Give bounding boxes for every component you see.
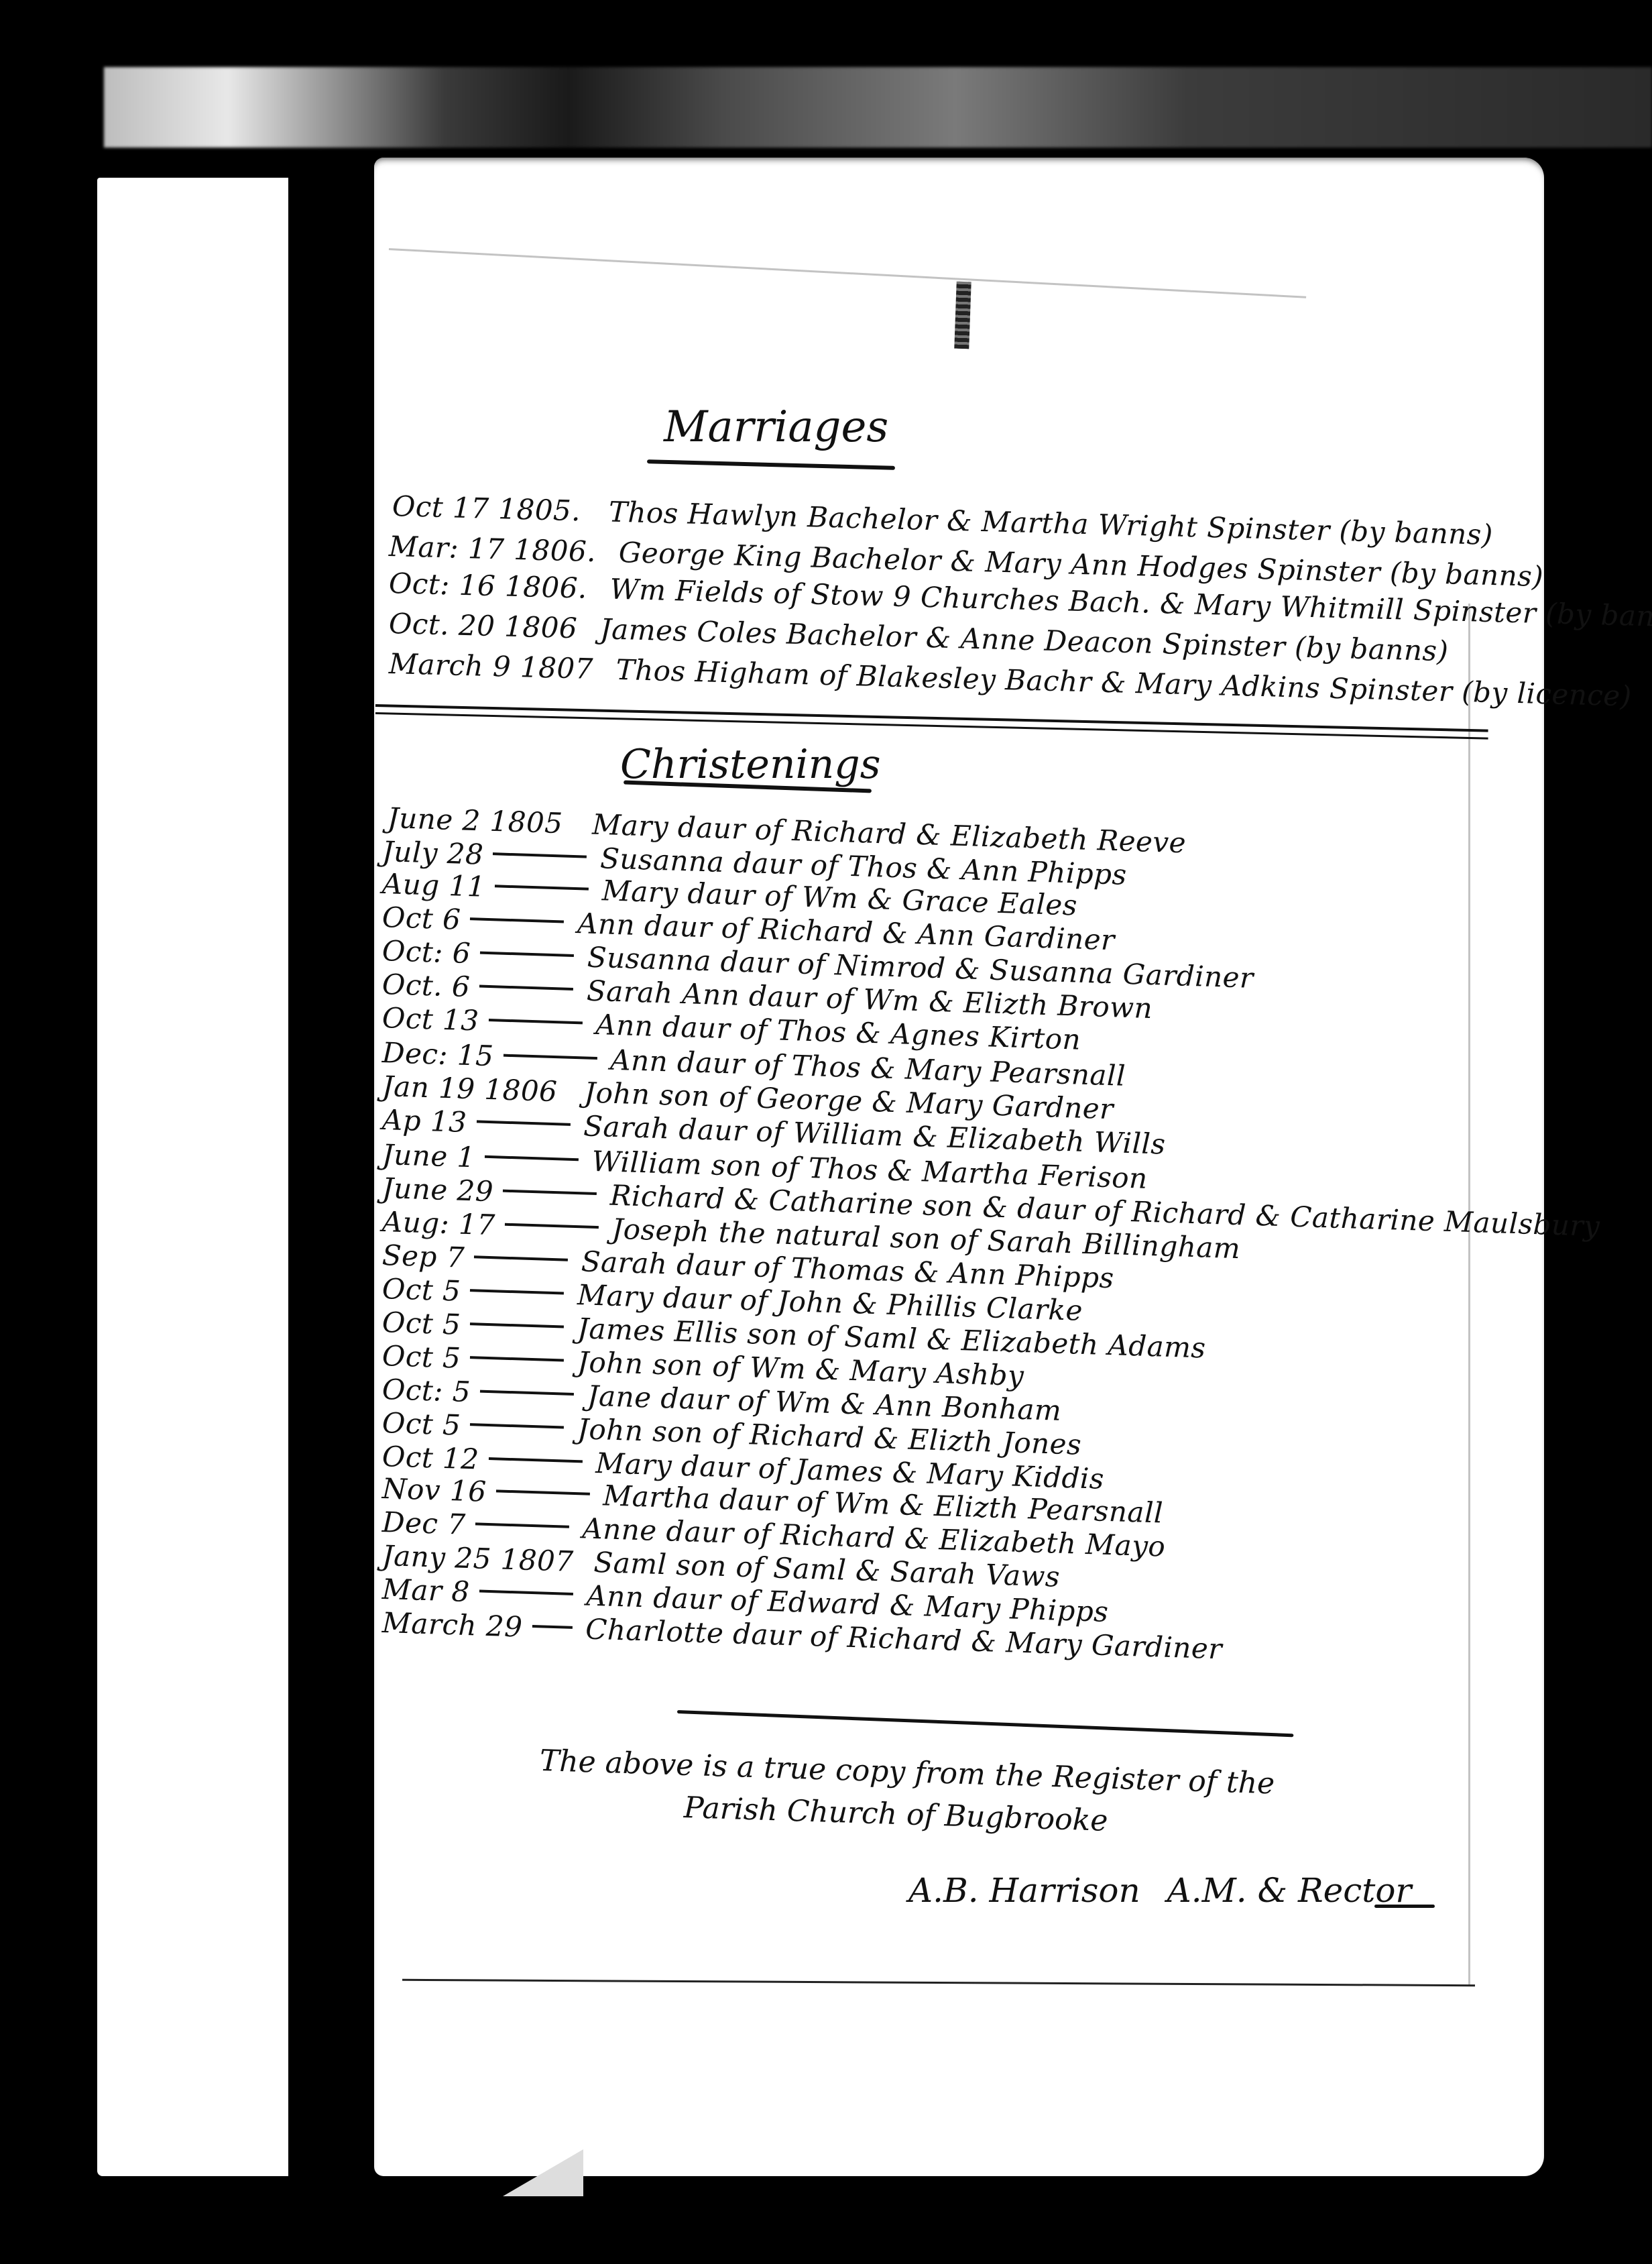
- book-spine-shadow: [288, 171, 342, 2183]
- scanner-background-band: [104, 67, 1652, 148]
- rector-signature: A.B. Harrison A.M. & Rector: [908, 1871, 1411, 1910]
- marriages-heading: Marriages: [664, 402, 888, 452]
- signature-name: A.B. Harrison: [908, 1871, 1140, 1910]
- torn-page-corner: [503, 2149, 583, 2196]
- page-tab-mark: [954, 282, 971, 349]
- signature-flourish: [1374, 1905, 1435, 1908]
- margin-rule: [1468, 604, 1470, 1985]
- facing-page-edge: [97, 178, 288, 2176]
